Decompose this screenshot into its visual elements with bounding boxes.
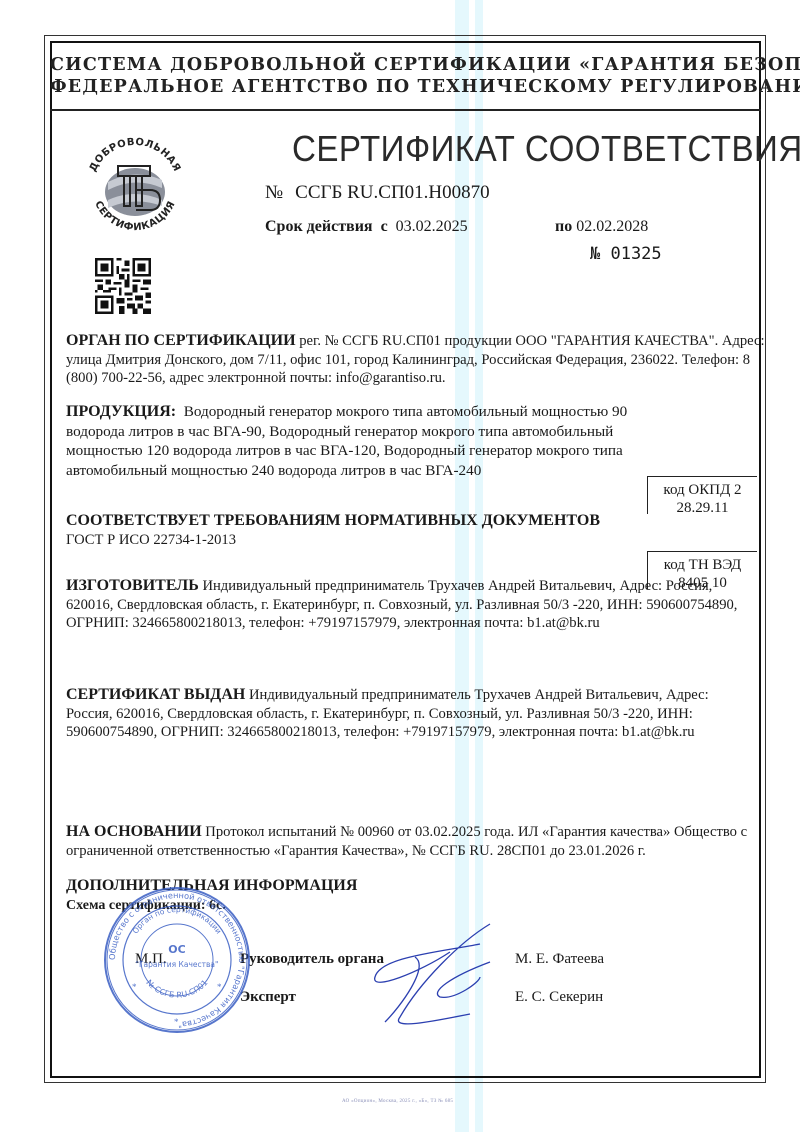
- conformity-label: СООТВЕТСТВУЕТ ТРЕБОВАНИЯМ НОРМАТИВНЫХ ДО…: [66, 512, 626, 531]
- agency-name: ФЕДЕРАЛЬНОЕ АГЕНТСТВО ПО ТЕХНИЧЕСКОМУ РЕ…: [50, 76, 761, 98]
- number-sign: №: [265, 182, 283, 203]
- from-label: с: [381, 218, 388, 235]
- conformity-standard: ГОСТ Р ИСО 22734-1-2013: [66, 532, 236, 548]
- expert-name: Е. С. Секерин: [515, 989, 603, 1006]
- okpd-code-box: код ОКПД 2 28.29.11: [647, 476, 757, 514]
- okpd-label: код ОКПД 2: [648, 481, 757, 499]
- conformity-section: СООТВЕТСТВУЕТ ТРЕБОВАНИЯМ НОРМАТИВНЫХ ДО…: [66, 512, 626, 549]
- validity-period: Срок действия с 03.02.2025 по 02.02.2028: [265, 218, 745, 236]
- product-label: ПРОДУКЦИЯ:: [66, 403, 176, 420]
- to-label: по: [555, 218, 572, 235]
- certificate-number-value: ССГБ RU.СП01.Н00870: [295, 182, 490, 203]
- expert-label: Эксперт: [240, 989, 296, 1006]
- basis-label: НА ОСНОВАНИИ: [66, 823, 202, 840]
- certificate-number: №ССГБ RU.СП01.Н00870: [265, 182, 490, 204]
- basis-section: НА ОСНОВАНИИ Протокол испытаний № 00960 …: [66, 823, 756, 860]
- valid-to: 02.02.2028: [576, 218, 648, 235]
- certification-logo-icon: ДОБРОВОЛЬНАЯ СЕРТИФИКАЦИЯ: [80, 130, 190, 240]
- certificate-title: СЕРТИФИКАТ СООТВЕТСТВИЯ: [292, 128, 800, 170]
- certification-scheme: Схема сертификации: 6с.: [66, 898, 226, 913]
- tnved-label: код ТН ВЭД: [648, 556, 757, 574]
- system-name: СИСТЕМА ДОБРОВОЛЬНОЙ СЕРТИФИКАЦИИ «ГАРАН…: [50, 54, 761, 76]
- issued-to-section: СЕРТИФИКАТ ВЫДАН Индивидуальный предприн…: [66, 686, 746, 742]
- certification-system-header: СИСТЕМА ДОБРОВОЛЬНОЙ СЕРТИФИКАЦИИ «ГАРАН…: [50, 41, 761, 111]
- qr-code-icon: [95, 258, 151, 314]
- stamp-place: М.П.: [135, 951, 167, 968]
- validity-label: Срок действия: [265, 218, 373, 235]
- manufacturer-section: ИЗГОТОВИТЕЛЬ Индивидуальный предпринимат…: [66, 577, 746, 633]
- issued-to-label: СЕРТИФИКАТ ВЫДАН: [66, 686, 245, 703]
- form-number: № 01325: [590, 244, 662, 264]
- certification-body-label: ОРГАН ПО СЕРТИФИКАЦИИ: [66, 332, 296, 349]
- okpd-value: 28.29.11: [648, 499, 757, 517]
- valid-from: 03.02.2025: [396, 218, 468, 235]
- manufacturer-label: ИЗГОТОВИТЕЛЬ: [66, 577, 199, 594]
- head-label: Руководитель органа: [240, 951, 384, 968]
- additional-info-label: ДОПОЛНИТЕЛЬНАЯ ИНФОРМАЦИЯ: [66, 877, 466, 896]
- additional-info-section: ДОПОЛНИТЕЛЬНАЯ ИНФОРМАЦИЯ Схема сертифик…: [66, 877, 466, 915]
- head-name: М. Е. Фатеева: [515, 951, 604, 968]
- product-section: ПРОДУКЦИЯ: Водородный генератор мокрого …: [66, 402, 666, 480]
- printer-imprint: АО «Опцион», Москва, 2025 г., «Б», ТЗ № …: [342, 1099, 453, 1104]
- certification-body-section: ОРГАН ПО СЕРТИФИКАЦИИ рег. № ССГБ RU.СП0…: [66, 332, 766, 388]
